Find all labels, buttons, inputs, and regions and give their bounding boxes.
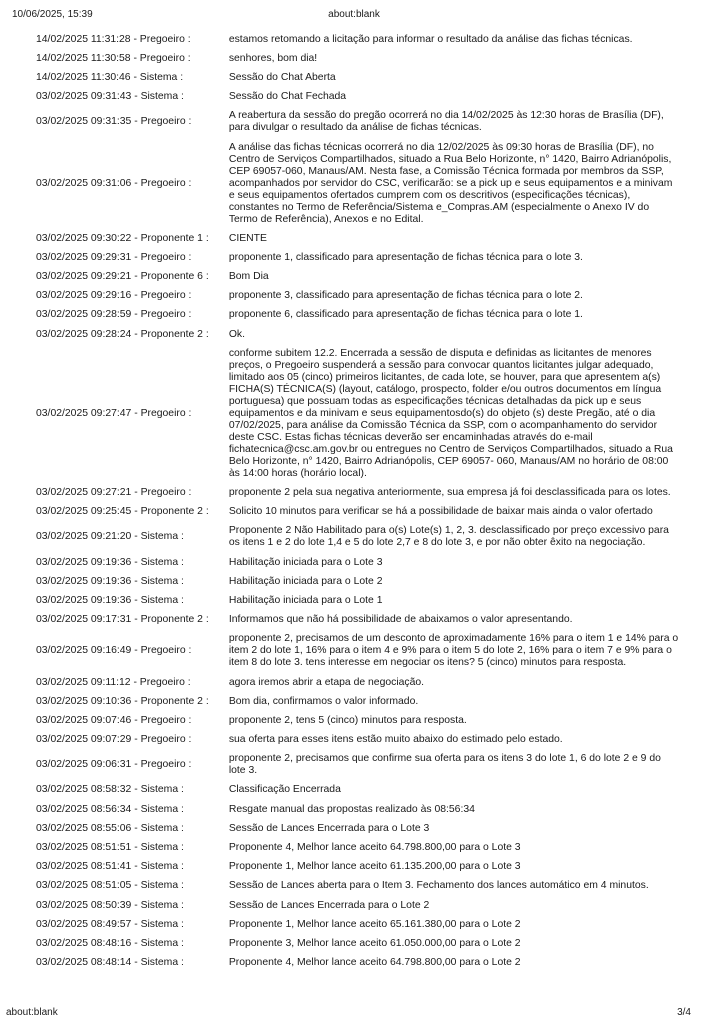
chat-message-row: 03/02/2025 09:31:06 - Pregoeiro :A análi… xyxy=(33,138,683,229)
chat-message-row: 03/02/2025 08:58:32 - Sistema :Classific… xyxy=(33,781,683,800)
chat-message-row: 03/02/2025 08:48:14 - Sistema :Proponent… xyxy=(33,954,683,973)
chat-log-body: 14/02/2025 11:31:28 - Pregoeiro :estamos… xyxy=(33,30,683,973)
message-sender-timestamp: 03/02/2025 08:56:34 - Sistema : xyxy=(33,800,226,819)
chat-message-row: 03/02/2025 08:51:05 - Sistema :Sessão de… xyxy=(33,877,683,896)
message-text: A reabertura da sessão do pregão ocorrer… xyxy=(226,107,683,138)
message-text: Proponente 3, Melhor lance aceito 61.050… xyxy=(226,934,683,953)
message-sender-timestamp: 03/02/2025 08:50:39 - Sistema : xyxy=(33,896,226,915)
chat-message-row: 03/02/2025 09:25:45 - Proponente 2 :Soli… xyxy=(33,503,683,522)
chat-log-table: 14/02/2025 11:31:28 - Pregoeiro :estamos… xyxy=(33,30,683,973)
page-number: 3/4 xyxy=(677,1007,691,1018)
message-sender-timestamp: 03/02/2025 09:27:47 - Pregoeiro : xyxy=(33,344,226,483)
chat-message-row: 14/02/2025 11:31:28 - Pregoeiro :estamos… xyxy=(33,30,683,49)
message-text: Bom Dia xyxy=(226,268,683,287)
message-text: Proponente 4, Melhor lance aceito 64.798… xyxy=(226,954,683,973)
chat-message-row: 03/02/2025 09:19:36 - Sistema :Habilitaç… xyxy=(33,572,683,591)
message-sender-timestamp: 14/02/2025 11:30:58 - Pregoeiro : xyxy=(33,49,226,68)
message-sender-timestamp: 03/02/2025 09:11:12 - Pregoeiro : xyxy=(33,673,226,692)
message-text: Sessão de Lances Encerrada para o Lote 2 xyxy=(226,896,683,915)
message-text: agora iremos abrir a etapa de negociação… xyxy=(226,673,683,692)
message-sender-timestamp: 03/02/2025 09:31:06 - Pregoeiro : xyxy=(33,138,226,229)
message-text: Habilitação iniciada para o Lote 1 xyxy=(226,591,683,610)
message-sender-timestamp: 03/02/2025 09:31:43 - Sistema : xyxy=(33,88,226,107)
print-title: about:blank xyxy=(0,9,708,20)
chat-message-row: 03/02/2025 09:30:22 - Proponente 1 :CIEN… xyxy=(33,229,683,248)
chat-message-row: 03/02/2025 09:28:59 - Pregoeiro :propone… xyxy=(33,306,683,325)
chat-message-row: 03/02/2025 08:49:57 - Sistema :Proponent… xyxy=(33,915,683,934)
chat-message-row: 03/02/2025 09:07:29 - Pregoeiro :sua ofe… xyxy=(33,731,683,750)
message-text: proponente 2, precisamos que confirme su… xyxy=(226,750,683,781)
message-sender-timestamp: 03/02/2025 09:28:59 - Pregoeiro : xyxy=(33,306,226,325)
chat-message-row: 03/02/2025 09:06:31 - Pregoeiro :propone… xyxy=(33,750,683,781)
message-sender-timestamp: 03/02/2025 09:10:36 - Proponente 2 : xyxy=(33,692,226,711)
message-text: estamos retomando a licitação para infor… xyxy=(226,30,683,49)
message-sender-timestamp: 03/02/2025 08:51:05 - Sistema : xyxy=(33,877,226,896)
message-sender-timestamp: 03/02/2025 09:16:49 - Pregoeiro : xyxy=(33,630,226,673)
message-text: sua oferta para esses itens estão muito … xyxy=(226,731,683,750)
message-sender-timestamp: 03/02/2025 08:48:16 - Sistema : xyxy=(33,934,226,953)
chat-message-row: 03/02/2025 08:51:51 - Sistema :Proponent… xyxy=(33,838,683,857)
message-sender-timestamp: 03/02/2025 09:19:36 - Sistema : xyxy=(33,553,226,572)
message-text: Informamos que não há possibilidade de a… xyxy=(226,611,683,630)
message-sender-timestamp: 03/02/2025 09:17:31 - Proponente 2 : xyxy=(33,611,226,630)
chat-message-row: 03/02/2025 09:10:36 - Proponente 2 :Bom … xyxy=(33,692,683,711)
message-text: proponente 1, classificado para apresent… xyxy=(226,248,683,267)
message-sender-timestamp: 14/02/2025 11:30:46 - Sistema : xyxy=(33,68,226,87)
message-text: Sessão de Lances Encerrada para o Lote 3 xyxy=(226,819,683,838)
message-text: proponente 2, precisamos de um desconto … xyxy=(226,630,683,673)
message-text: proponente 2 pela sua negativa anteriorm… xyxy=(226,483,683,502)
message-sender-timestamp: 03/02/2025 09:25:45 - Proponente 2 : xyxy=(33,503,226,522)
message-text: Bom dia, confirmamos o valor informado. xyxy=(226,692,683,711)
message-sender-timestamp: 03/02/2025 09:19:36 - Sistema : xyxy=(33,591,226,610)
message-text: Ok. xyxy=(226,325,683,344)
message-text: Proponente 1, Melhor lance aceito 65.161… xyxy=(226,915,683,934)
message-sender-timestamp: 03/02/2025 09:19:36 - Sistema : xyxy=(33,572,226,591)
message-text: Proponente 1, Melhor lance aceito 61.135… xyxy=(226,858,683,877)
chat-message-row: 03/02/2025 09:07:46 - Pregoeiro :propone… xyxy=(33,711,683,730)
message-text: Classificação Encerrada xyxy=(226,781,683,800)
chat-message-row: 14/02/2025 11:30:58 - Pregoeiro :senhore… xyxy=(33,49,683,68)
chat-message-row: 14/02/2025 11:30:46 - Sistema :Sessão do… xyxy=(33,68,683,87)
chat-message-row: 03/02/2025 08:56:34 - Sistema :Resgate m… xyxy=(33,800,683,819)
message-sender-timestamp: 03/02/2025 09:29:16 - Pregoeiro : xyxy=(33,287,226,306)
message-text: Proponente 4, Melhor lance aceito 64.798… xyxy=(226,838,683,857)
chat-message-row: 03/02/2025 09:17:31 - Proponente 2 :Info… xyxy=(33,611,683,630)
message-text: Resgate manual das propostas realizado à… xyxy=(226,800,683,819)
message-sender-timestamp: 03/02/2025 09:29:31 - Pregoeiro : xyxy=(33,248,226,267)
chat-message-row: 03/02/2025 09:27:47 - Pregoeiro :conform… xyxy=(33,344,683,483)
chat-message-row: 03/02/2025 09:19:36 - Sistema :Habilitaç… xyxy=(33,553,683,572)
message-text: Habilitação iniciada para o Lote 3 xyxy=(226,553,683,572)
chat-message-row: 03/02/2025 09:19:36 - Sistema :Habilitaç… xyxy=(33,591,683,610)
chat-message-row: 03/02/2025 08:51:41 - Sistema :Proponent… xyxy=(33,858,683,877)
message-sender-timestamp: 03/02/2025 09:21:20 - Sistema : xyxy=(33,522,226,553)
chat-message-row: 03/02/2025 09:29:16 - Pregoeiro :propone… xyxy=(33,287,683,306)
chat-message-row: 03/02/2025 08:48:16 - Sistema :Proponent… xyxy=(33,934,683,953)
chat-message-row: 03/02/2025 09:16:49 - Pregoeiro :propone… xyxy=(33,630,683,673)
message-text: Sessão de Lances aberta para o Item 3. F… xyxy=(226,877,683,896)
chat-message-row: 03/02/2025 09:29:31 - Pregoeiro :propone… xyxy=(33,248,683,267)
chat-message-row: 03/02/2025 09:11:12 - Pregoeiro :agora i… xyxy=(33,673,683,692)
message-text: Solicito 10 minutos para verificar se há… xyxy=(226,503,683,522)
message-sender-timestamp: 03/02/2025 08:49:57 - Sistema : xyxy=(33,915,226,934)
message-sender-timestamp: 03/02/2025 09:29:21 - Proponente 6 : xyxy=(33,268,226,287)
message-sender-timestamp: 03/02/2025 09:07:29 - Pregoeiro : xyxy=(33,731,226,750)
message-sender-timestamp: 03/02/2025 08:48:14 - Sistema : xyxy=(33,954,226,973)
chat-message-row: 03/02/2025 08:50:39 - Sistema :Sessão de… xyxy=(33,896,683,915)
message-text: CIENTE xyxy=(226,229,683,248)
message-sender-timestamp: 03/02/2025 09:06:31 - Pregoeiro : xyxy=(33,750,226,781)
message-sender-timestamp: 03/02/2025 08:51:41 - Sistema : xyxy=(33,858,226,877)
chat-message-row: 03/02/2025 09:21:20 - Sistema :Proponent… xyxy=(33,522,683,553)
message-sender-timestamp: 03/02/2025 08:51:51 - Sistema : xyxy=(33,838,226,857)
chat-message-row: 03/02/2025 09:27:21 - Pregoeiro :propone… xyxy=(33,483,683,502)
message-text: Habilitação iniciada para o Lote 2 xyxy=(226,572,683,591)
print-header: 10/06/2025, 15:39 about:blank xyxy=(0,9,708,23)
message-sender-timestamp: 03/02/2025 08:55:06 - Sistema : xyxy=(33,819,226,838)
chat-message-row: 03/02/2025 08:55:06 - Sistema :Sessão de… xyxy=(33,819,683,838)
message-text: Proponente 2 Não Habilitado para o(s) Lo… xyxy=(226,522,683,553)
print-footer: about:blank 3/4 xyxy=(0,1007,708,1021)
message-sender-timestamp: 03/02/2025 09:27:21 - Pregoeiro : xyxy=(33,483,226,502)
message-text: proponente 3, classificado para apresent… xyxy=(226,287,683,306)
message-text: proponente 2, tens 5 (cinco) minutos par… xyxy=(226,711,683,730)
message-sender-timestamp: 03/02/2025 08:58:32 - Sistema : xyxy=(33,781,226,800)
message-text: A análise das fichas técnicas ocorrerá n… xyxy=(226,138,683,229)
message-sender-timestamp: 03/02/2025 09:28:24 - Proponente 2 : xyxy=(33,325,226,344)
message-sender-timestamp: 03/02/2025 09:07:46 - Pregoeiro : xyxy=(33,711,226,730)
message-text: conforme subitem 12.2. Encerrada a sessã… xyxy=(226,344,683,483)
print-url: about:blank xyxy=(6,1007,58,1018)
message-text: senhores, bom dia! xyxy=(226,49,683,68)
message-text: Sessão do Chat Aberta xyxy=(226,68,683,87)
message-text: Sessão do Chat Fechada xyxy=(226,88,683,107)
message-sender-timestamp: 14/02/2025 11:31:28 - Pregoeiro : xyxy=(33,30,226,49)
message-sender-timestamp: 03/02/2025 09:31:35 - Pregoeiro : xyxy=(33,107,226,138)
chat-message-row: 03/02/2025 09:31:43 - Sistema :Sessão do… xyxy=(33,88,683,107)
message-sender-timestamp: 03/02/2025 09:30:22 - Proponente 1 : xyxy=(33,229,226,248)
message-text: proponente 6, classificado para apresent… xyxy=(226,306,683,325)
chat-message-row: 03/02/2025 09:28:24 - Proponente 2 :Ok. xyxy=(33,325,683,344)
chat-message-row: 03/02/2025 09:29:21 - Proponente 6 :Bom … xyxy=(33,268,683,287)
chat-message-row: 03/02/2025 09:31:35 - Pregoeiro :A reabe… xyxy=(33,107,683,138)
